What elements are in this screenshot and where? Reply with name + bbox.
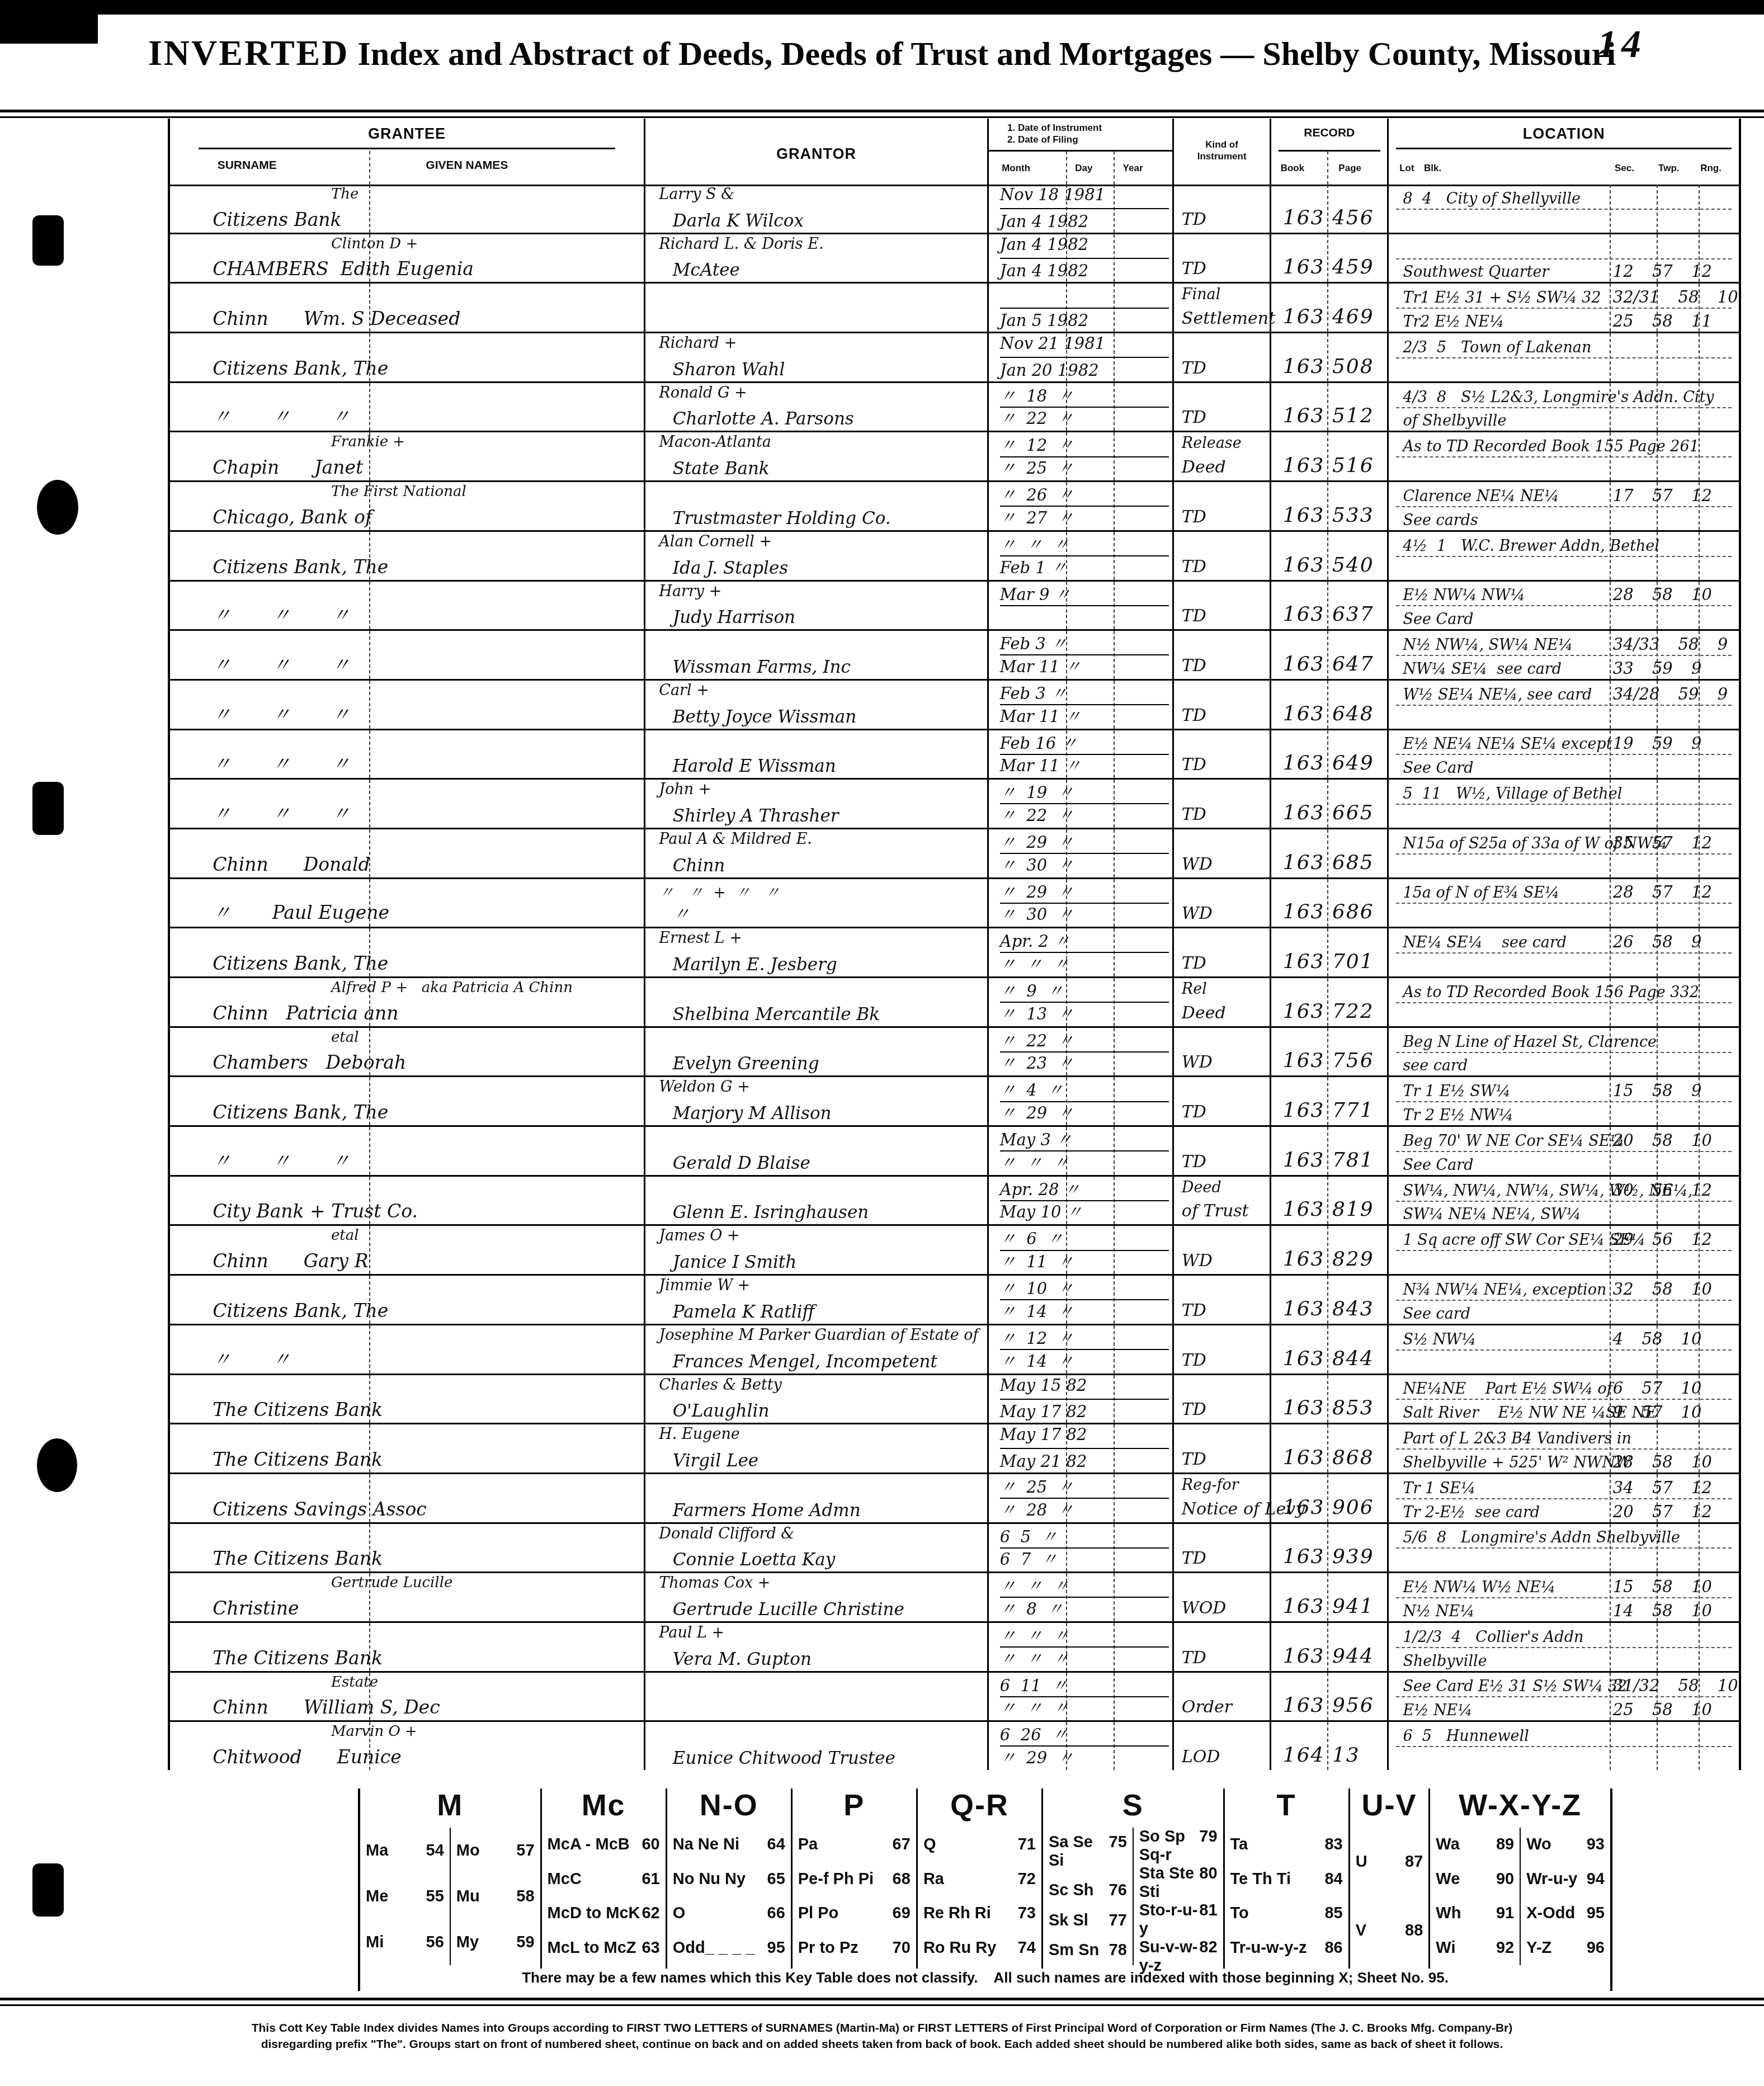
kind-cell: WOD — [1174, 1573, 1271, 1621]
dates-cell: 6 5 〃 6 7 〃 — [989, 1524, 1174, 1572]
grantee-name-text: 〃 〃 〃 — [213, 799, 350, 825]
key-entry-label: Pa — [798, 1835, 818, 1854]
key-group-column: Mo57Mu58My59 — [450, 1828, 540, 1965]
grantor-line2-text: Eunice Chitwood Trustee — [673, 1748, 895, 1768]
grantee-name-text: The Citizens Bank — [213, 1647, 383, 1669]
record-cell: 163 685 — [1271, 829, 1389, 877]
record-cell: 163 456 — [1271, 185, 1389, 233]
kind-cell: Final Settlement — [1174, 284, 1271, 332]
location-line1: Tr 1 E½ SW¼ 15 58 9 — [1389, 1077, 1739, 1101]
key-entry-label: No Nu Ny — [673, 1870, 746, 1889]
location-line2 — [1389, 903, 1739, 927]
kind-line2-text: TD — [1182, 1400, 1206, 1419]
record-cell: 163 665 — [1271, 780, 1389, 828]
grantor-line2-text: Gertrude Lucille Christine — [673, 1599, 904, 1620]
key-entry: No Nu Ny65 — [673, 1870, 785, 1889]
kind-cell: TD — [1174, 780, 1271, 828]
kind-line2-text: TD — [1182, 606, 1206, 626]
grantor-line2-text: Farmers Home Admn — [673, 1500, 861, 1521]
record-book-page-text: 163 685 — [1283, 851, 1374, 874]
grantor-line2-text: Janice I Smith — [673, 1252, 796, 1272]
location-line1: E½ NW¼ NW¼ 28 58 10 — [1389, 582, 1739, 606]
binder-hole-bar-1 — [32, 215, 64, 266]
key-entry-label: Mu — [456, 1887, 480, 1906]
key-entry-sheet-number: 88 — [1405, 1922, 1423, 1940]
table-row: Marvin O + Chitwood Eunice Eunice Chitwo… — [170, 1722, 1739, 1770]
key-entry-sheet-number: 93 — [1587, 1835, 1605, 1854]
grantor-line1-text: Paul A & Mildred E. — [659, 830, 812, 848]
grantor-cell: Evelyn Greening — [645, 1028, 989, 1076]
header-grantee-divider — [369, 151, 370, 185]
location-line1-text: 1/2/3 4 Collier's Addn — [1403, 1629, 1583, 1646]
record-cell: 163 843 — [1271, 1276, 1389, 1324]
grantor-line2-text: McAtee — [673, 260, 740, 280]
header-grantor-label: GRANTOR — [645, 145, 987, 163]
grantee-name-text: 〃 Paul Eugene — [213, 898, 389, 924]
location-cell: NE¼ SE¼ see card 26 58 9 — [1389, 928, 1739, 976]
kind-line2-text: TD — [1182, 408, 1206, 427]
header-lot-label: Lot — [1399, 162, 1414, 174]
location-line1-str: 26 58 9 — [1613, 932, 1702, 951]
table-row: 〃 〃 〃 Harold E Wissman Feb 16 〃 Mar 11 〃… — [170, 730, 1739, 780]
grantee-cell: Chinn Wm. S Deceased — [170, 284, 645, 332]
table-row: 〃 〃 〃 Carl + Betty Joyce Wissman Feb 3 〃… — [170, 681, 1739, 730]
location-line2: E½ NE¼ 25 58 10 — [1389, 1696, 1739, 1720]
table-row: The Citizens Bank Charles & Betty O'Laug… — [170, 1375, 1739, 1425]
location-cell: N15a of S25a of 33a of W of NW¼ 35 57 12 — [1389, 829, 1739, 877]
location-line1: E½ NW¼ W½ NE¼ 15 58 10 — [1389, 1573, 1739, 1597]
grantor-line1-text: John + — [659, 781, 711, 798]
key-entry-sheet-number: 76 — [1109, 1881, 1127, 1900]
header-kind-line1: Kind of — [1174, 139, 1270, 150]
location-line1: 8 4 City of Shellyville — [1389, 185, 1739, 209]
grantor-cell: Larry S & Darla K Wilcox — [645, 185, 989, 233]
grantor-cell: Paul A & Mildred E. Chinn — [645, 829, 989, 877]
date-of-filing-text: 〃 〃 〃 — [1000, 1696, 1069, 1719]
key-entry-label: McA - McB — [548, 1835, 630, 1854]
dates-cell: Feb 3 〃 Mar 11 〃 — [989, 631, 1174, 679]
record-cell: 163 469 — [1271, 284, 1389, 332]
grantor-cell: Eunice Chitwood Trustee — [645, 1722, 989, 1770]
key-entry: Q71 — [923, 1835, 1036, 1854]
key-group-columns: Wa89We90Wh91Wi92Wo93Wr-u-y94X-Odd95Y-Z96 — [1430, 1828, 1610, 1965]
location-line2-text: See Card — [1403, 611, 1473, 628]
table-row: etal Chinn Gary R James O + Janice I Smi… — [170, 1226, 1739, 1276]
date-of-filing-text: 〃 27 〃 — [1000, 506, 1074, 528]
location-line1-text: 5 11 W½, Village of Bethel — [1403, 785, 1622, 803]
key-entry: O66 — [673, 1904, 785, 1923]
record-cell: 163 637 — [1271, 582, 1389, 630]
grantee-secondary-text: Clinton D + — [331, 235, 418, 252]
key-entry-sheet-number: 84 — [1324, 1870, 1342, 1889]
date-of-filing-text: Jan 20 1982 — [1000, 361, 1099, 380]
bottom-rule-1 — [0, 1998, 1764, 2000]
kind-cell: WD — [1174, 879, 1271, 927]
grantor-line2-text: O'Laughlin — [673, 1401, 770, 1421]
location-cell: Beg 70' W NE Cor SE¼ SE¼ 20 58 10 See Ca… — [1389, 1127, 1739, 1175]
kind-cell: LOD — [1174, 1722, 1271, 1770]
key-entry-sheet-number: 57 — [516, 1842, 534, 1860]
key-entry-sheet-number: 59 — [516, 1933, 534, 1952]
record-book-page-text: 163 456 — [1283, 206, 1374, 229]
grantor-cell: Gerald D Blaise — [645, 1127, 989, 1175]
date-of-instrument-text: Nov 21 1981 — [1000, 334, 1169, 358]
grantor-cell: Paul L + Vera M. Gupton — [645, 1623, 989, 1671]
record-cell: 163 771 — [1271, 1077, 1389, 1125]
key-entry-label: To — [1230, 1904, 1249, 1923]
header-day-label: Day — [1075, 162, 1092, 174]
table-row: 〃 〃 〃 John + Shirley A Thrasher 〃 19 〃 〃… — [170, 780, 1739, 829]
key-entry: My59 — [456, 1933, 535, 1952]
key-entry: V88 — [1356, 1922, 1423, 1940]
kind-cell: TD — [1174, 1623, 1271, 1671]
key-entry: Pl Po69 — [798, 1904, 911, 1923]
dates-cell: 〃 26 〃 〃 27 〃 — [989, 482, 1174, 530]
grantor-line1-text: James O + — [659, 1227, 739, 1244]
record-cell: 163 868 — [1271, 1424, 1389, 1473]
location-line2 — [1389, 357, 1739, 381]
table-row: Chinn Donald Paul A & Mildred E. Chinn 〃… — [170, 829, 1739, 879]
key-entry-label: Sk Sl — [1049, 1912, 1088, 1930]
header-kind: Kind of Instrument — [1174, 119, 1271, 185]
location-line2 — [1389, 1349, 1739, 1374]
record-book-page-text: 163 637 — [1283, 603, 1374, 626]
key-entry-sheet-number: 96 — [1587, 1939, 1605, 1957]
location-line2 — [1389, 209, 1739, 233]
location-line1: 1/2/3 4 Collier's Addn — [1389, 1623, 1739, 1647]
dates-cell: Jan 4 1982 Jan 4 1982 — [989, 234, 1174, 282]
key-entry: McL to McZ63 — [548, 1939, 660, 1957]
grantee-cell: The Citizens Bank — [170, 185, 645, 233]
date-of-instrument-text: Apr. 2 〃 — [1000, 929, 1169, 953]
key-entry: Wi92 — [1436, 1939, 1514, 1957]
record-cell: 163 906 — [1271, 1474, 1389, 1522]
record-book-page-text: 163 756 — [1283, 1049, 1374, 1072]
date-of-instrument-text: Feb 16 〃 — [1000, 731, 1169, 755]
date-of-filing-text: May 10 〃 — [1000, 1200, 1083, 1223]
table-row: 〃 Paul Eugene 〃 〃 + 〃 〃 〃 〃 29 〃 〃 30 〃 … — [170, 879, 1739, 929]
grantee-name-text: Citizens Bank, The — [213, 1300, 388, 1322]
key-entry: Re Rh Ri73 — [923, 1904, 1036, 1923]
record-book-page-text: 163 647 — [1283, 653, 1374, 676]
table-row: The Citizens Bank Larry S & Darla K Wilc… — [170, 185, 1739, 234]
header-month-label: Month — [1002, 162, 1030, 174]
dates-cell: 〃 10 〃 〃 14 〃 — [989, 1276, 1174, 1324]
kind-cell: Deed of Trust — [1174, 1177, 1271, 1225]
location-line1-text: 2/3 5 Town of Lakenan — [1403, 339, 1591, 356]
key-entry-label: Sc Sh — [1049, 1881, 1094, 1900]
table-row: 〃 〃 〃 Wissman Farms, Inc Feb 3 〃 Mar 11 … — [170, 631, 1739, 681]
key-entry-sheet-number: 71 — [1018, 1835, 1036, 1854]
grantor-cell: Weldon G + Marjory M Allison — [645, 1077, 989, 1125]
kind-cell: TD — [1174, 383, 1271, 431]
key-entry-sheet-number: 87 — [1405, 1853, 1423, 1871]
key-entry-sheet-number: 54 — [426, 1842, 444, 1860]
header-location-rule — [1396, 148, 1732, 149]
grantee-name-text: Chapin Janet — [213, 456, 363, 478]
kind-cell: TD — [1174, 631, 1271, 679]
key-entry-sheet-number: 60 — [642, 1835, 659, 1854]
key-entry: Sto-r-u-y81 — [1139, 1901, 1218, 1938]
kind-line1-text: Reg-for — [1182, 1476, 1239, 1494]
grantor-line2-text: Shelbina Mercantile Bk — [673, 1004, 880, 1025]
record-cell: 163 649 — [1271, 730, 1389, 778]
key-entry: Wa89 — [1436, 1835, 1514, 1854]
location-line2-text: See cards — [1403, 512, 1478, 529]
key-group-columns: Pa67Pe-f Ph Pi68Pl Po69Pr to Pz70 — [793, 1828, 916, 1965]
location-line1 — [1389, 234, 1739, 258]
key-entry: Me55 — [366, 1887, 444, 1906]
grantee-cell: Frankie + Chapin Janet — [170, 432, 645, 480]
header-dates-rule — [989, 150, 1172, 152]
location-line2-text: NW¼ SE¼ see card — [1403, 660, 1561, 678]
date-of-filing-text: Jan 4 1982 — [1000, 212, 1088, 231]
record-book-page-text: 163 512 — [1283, 404, 1374, 427]
key-entry-label: Sta Ste Sti — [1139, 1865, 1200, 1901]
cott-key-table: MMa54Me55Mi56Mo57Mu58My59McMcA - McB60Mc… — [358, 1788, 1612, 1991]
key-group-w-x-y-z: W-X-Y-ZWa89We90Wh91Wi92Wo93Wr-u-y94X-Odd… — [1430, 1788, 1610, 1969]
record-book-page-text: 163 844 — [1283, 1347, 1374, 1370]
key-group-letter: Q-R — [918, 1788, 1041, 1824]
key-entry-label: Wa — [1436, 1835, 1459, 1854]
date-of-filing-text: Feb 1 〃 — [1000, 555, 1067, 578]
location-line2-text: Shelbyville — [1403, 1653, 1487, 1670]
key-table-note: There may be a few names which this Key … — [360, 1969, 1610, 1986]
grantor-line1-text: Thomas Cox + — [659, 1574, 770, 1592]
binder-hole-bar-3 — [32, 1863, 64, 1917]
kind-line2-text: TD — [1182, 557, 1206, 577]
grantee-cell: Chinn Donald — [170, 829, 645, 877]
date-of-filing-text: 〃 〃 〃 — [1000, 1646, 1069, 1669]
date-of-filing-text: 〃 8 〃 — [1000, 1597, 1063, 1620]
kind-line2-text: TD — [1182, 1549, 1206, 1568]
dates-cell: 〃 6 〃 〃 11 〃 — [989, 1226, 1174, 1274]
key-entry-sheet-number: 58 — [516, 1887, 534, 1906]
record-book-page-text: 163 508 — [1283, 355, 1374, 378]
key-group-mc: McMcA - McB60McC61McD to McK62McL to McZ… — [542, 1788, 667, 1969]
record-cell: 163 459 — [1271, 234, 1389, 282]
key-entry-label: Ro Ru Ry — [923, 1939, 997, 1957]
kind-line2-text: Settlement — [1182, 309, 1275, 328]
date-of-filing-text: 〃 〃 〃 — [1000, 952, 1069, 975]
dates-cell: Nov 21 1981 Jan 20 1982 — [989, 333, 1174, 381]
key-entry-label: Y-Z — [1526, 1939, 1551, 1957]
header-grantee-rule — [199, 148, 615, 149]
grantee-cell: 〃 〃 — [170, 1325, 645, 1374]
location-line1-str: 29 56 12 — [1613, 1230, 1712, 1249]
date-of-instrument-text: 〃 12 〃 — [1000, 1326, 1169, 1350]
record-cell: 163 944 — [1271, 1623, 1389, 1671]
location-line2 — [1389, 1250, 1739, 1274]
kind-line2-text: LOD — [1182, 1747, 1220, 1767]
grantee-name-text: 〃 〃 〃 — [213, 402, 350, 428]
table-row: The Citizens Bank Donald Clifford & Conn… — [170, 1524, 1739, 1574]
location-line2-text: See card — [1403, 1305, 1470, 1323]
key-entry-label: V — [1356, 1922, 1366, 1940]
location-line2 — [1389, 556, 1739, 580]
kind-line2-text: Deed — [1182, 457, 1226, 477]
location-line2-str: 12 57 12 — [1613, 262, 1712, 281]
header-blk-label: Blk. — [1424, 162, 1441, 174]
grantor-line2-text: Pamela K Ratliff — [673, 1302, 815, 1322]
record-book-page-text: 163 829 — [1283, 1248, 1374, 1271]
key-entry-label: Sm Sn — [1049, 1941, 1099, 1960]
grantee-cell: Citizens Bank, The — [170, 1077, 645, 1125]
date-of-filing-text: May 17 82 — [1000, 1402, 1087, 1421]
key-entry: To85 — [1230, 1904, 1343, 1923]
date-of-filing-text: 〃 28 〃 — [1000, 1498, 1074, 1521]
grantee-cell: Alfred P + aka Patricia A Chinn Chinn Pa… — [170, 978, 645, 1026]
grantee-column-rule — [369, 1325, 370, 1374]
grantee-column-rule — [369, 631, 370, 679]
location-line1-text: 5/6 8 Longmire's Addn Shelbyville — [1403, 1529, 1680, 1546]
key-entry-label: Na Ne Ni — [673, 1835, 739, 1854]
kind-cell: TD — [1174, 1127, 1271, 1175]
location-line2 — [1389, 705, 1739, 729]
key-group-column: Ta83Te Th Ti84To85Tr-u-w-y-z86 — [1225, 1828, 1348, 1965]
key-group-m: MMa54Me55Mi56Mo57Mu58My59 — [360, 1788, 542, 1969]
grantor-line2-text: 〃 — [673, 900, 690, 925]
record-cell: 163 516 — [1271, 432, 1389, 480]
location-cell: As to TD Recorded Book 156 Page 332 — [1389, 978, 1739, 1026]
key-entry-sheet-number: 75 — [1109, 1833, 1127, 1870]
table-header: GRANTEE SURNAME GIVEN NAMES GRANTOR 1. D… — [170, 119, 1739, 186]
key-entry-sheet-number: 66 — [767, 1904, 785, 1923]
grantor-line2-text: Darla K Wilcox — [673, 211, 804, 231]
key-group-p: PPa67Pe-f Ph Pi68Pl Po69Pr to Pz70 — [793, 1788, 918, 1969]
grantee-cell: Citizens Bank, The — [170, 532, 645, 580]
record-cell: 163 648 — [1271, 681, 1389, 729]
location-line1: 2/3 5 Town of Lakenan — [1389, 333, 1739, 357]
key-group-columns: U87V88 — [1350, 1828, 1429, 1965]
key-entry-sheet-number: 73 — [1018, 1904, 1036, 1923]
grantee-name-text: The Citizens Bank — [213, 1547, 383, 1569]
kind-line2-text: TD — [1182, 1152, 1206, 1172]
location-line2 — [1389, 456, 1739, 480]
dates-cell: 6 26 〃 〃 29 〃 — [989, 1722, 1174, 1770]
key-entry-sheet-number: 83 — [1324, 1835, 1342, 1854]
dates-cell: 〃 〃 〃 〃 〃 〃 — [989, 1623, 1174, 1671]
location-line2-text: Shelbyville + 525' W² NWNW — [1403, 1454, 1630, 1471]
table-row: The Citizens Bank H. Eugene Virgil Lee M… — [170, 1424, 1739, 1474]
dates-cell: May 17 82 May 21 82 — [989, 1424, 1174, 1473]
date-of-filing-text: 〃 23 〃 — [1000, 1051, 1074, 1074]
grantor-line2-text: Marjory M Allison — [673, 1103, 832, 1124]
key-entry: Sta Ste Sti80 — [1139, 1865, 1218, 1901]
location-line1-text: 1 Sq acre off SW Cor SE¼ SE¼ — [1403, 1231, 1645, 1249]
location-line1-text: E½ NW¼ W½ NE¼ — [1403, 1579, 1555, 1596]
location-line2-str: 9 57 10 — [1613, 1403, 1702, 1422]
deed-index-table: GRANTEE SURNAME GIVEN NAMES GRANTOR 1. D… — [168, 119, 1741, 1770]
dates-cell: May 3 〃 〃 〃 〃 — [989, 1127, 1174, 1175]
key-entry: McC61 — [548, 1870, 660, 1889]
key-entry-label: Ta — [1230, 1835, 1248, 1854]
location-line2: NW¼ SE¼ see card 33 59 9 — [1389, 655, 1739, 679]
header-surname-label: SURNAME — [218, 159, 277, 172]
kind-line2-text: TD — [1182, 1450, 1206, 1469]
kind-line2-text: of Trust — [1182, 1201, 1249, 1221]
location-line2-text: see card — [1403, 1057, 1468, 1074]
grantor-line2-text: Betty Joyce Wissman — [673, 707, 856, 727]
key-entry-label: Sa Se Si — [1049, 1833, 1109, 1870]
record-cell: 163 844 — [1271, 1325, 1389, 1374]
record-cell: 164 13 — [1271, 1722, 1389, 1770]
key-group-columns: Na Ne Ni64No Nu Ny65O66Odd_ _ _ _95 — [667, 1828, 791, 1965]
top-rule-2 — [0, 116, 1764, 118]
record-book-page-text: 163 939 — [1283, 1545, 1374, 1568]
header-grantee: GRANTEE SURNAME GIVEN NAMES — [170, 119, 645, 185]
key-entry-sheet-number: 56 — [426, 1933, 444, 1952]
location-line1-text: See Card E½ 31 S½ SW¼ 32 — [1403, 1678, 1627, 1695]
location-cell: 4½ 1 W.C. Brewer Addn, Bethel — [1389, 532, 1739, 580]
grantor-line1-text: Ernest L + — [659, 929, 742, 947]
key-entry-label: Q — [923, 1835, 936, 1854]
grantor-line1-text: Josephine M Parker Guardian of Estate of — [659, 1327, 978, 1344]
key-entry-sheet-number: 92 — [1496, 1939, 1514, 1957]
kind-line2-text: TD — [1182, 1301, 1206, 1320]
location-line1: SW¼, NW¼, NW¼, SW¼, W½, NE¼, 30 56 12 — [1389, 1177, 1739, 1201]
key-entry-sheet-number: 90 — [1496, 1870, 1514, 1889]
header-book-label: Book — [1281, 162, 1305, 174]
record-cell: 163 956 — [1271, 1673, 1389, 1721]
record-cell: 163 939 — [1271, 1524, 1389, 1572]
grantor-cell: Carl + Betty Joyce Wissman — [645, 681, 989, 729]
location-line2: See Card — [1389, 754, 1739, 778]
grantor-line2-text: Ida J. Staples — [673, 558, 788, 578]
key-entry-label: Odd_ _ _ _ — [673, 1939, 755, 1957]
key-entry: So Sp Sq-r79 — [1139, 1828, 1218, 1865]
location-cell: Clarence NE¼ NE¼ 17 57 12 See cards — [1389, 482, 1739, 530]
key-table-groups: MMa54Me55Mi56Mo57Mu58My59McMcA - McB60Mc… — [360, 1788, 1610, 1969]
location-cell: Tr1 E½ 31 + S½ SW¼ 32 32/31 58 10 Tr2 E½… — [1389, 284, 1739, 332]
location-line1: 4/3 8 S½ L2&3, Longmire's Addn. City — [1389, 383, 1739, 407]
key-entry-label: Mo — [456, 1842, 480, 1860]
location-line2 — [1389, 804, 1739, 828]
location-line1: W½ SE¼ NE¼, see card 34/28 59 9 — [1389, 681, 1739, 705]
location-line2-str: 25 58 11 — [1613, 312, 1712, 331]
table-row: Citizens Bank, The Weldon G + Marjory M … — [170, 1077, 1739, 1127]
top-rule-1 — [0, 110, 1764, 112]
key-entry-sheet-number: 74 — [1018, 1939, 1036, 1957]
location-line1: 5/6 8 Longmire's Addn Shelbyville — [1389, 1524, 1739, 1548]
location-line2: Southwest Quarter 12 57 12 — [1389, 258, 1739, 282]
grantor-line2-text: Vera M. Gupton — [673, 1649, 812, 1669]
kind-line1-text: Release — [1182, 435, 1242, 452]
kind-cell: TD — [1174, 1424, 1271, 1473]
dates-cell: 6 11 〃 〃 〃 〃 — [989, 1673, 1174, 1721]
date-of-filing-text: 〃 25 〃 — [1000, 456, 1074, 479]
kind-cell: Order — [1174, 1673, 1271, 1721]
key-entry: Te Th Ti84 — [1230, 1870, 1343, 1889]
key-group-letter: M — [360, 1788, 540, 1824]
grantor-cell: Richard + Sharon Wahl — [645, 333, 989, 381]
location-line1: As to TD Recorded Book 155 Page 261 — [1389, 432, 1739, 456]
location-cell: See Card E½ 31 S½ SW¼ 32 31/32 58 10 E½ … — [1389, 1673, 1739, 1721]
dates-cell: 〃 29 〃 〃 30 〃 — [989, 829, 1174, 877]
grantee-column-rule — [369, 681, 370, 729]
key-group-column: McA - McB60McC61McD to McK62McL to McZ63 — [542, 1828, 666, 1965]
kind-line1-text: Rel — [1182, 980, 1207, 998]
kind-line2-text: WD — [1182, 904, 1213, 923]
record-cell: 163 647 — [1271, 631, 1389, 679]
location-line1-str: 17 57 12 — [1613, 486, 1712, 505]
location-line1-str: 35 57 12 — [1613, 833, 1712, 852]
location-cell: 5/6 8 Longmire's Addn Shelbyville — [1389, 1524, 1739, 1572]
date-of-instrument-text: Nov 18 1981 — [1000, 185, 1169, 209]
grantor-cell: Shelbina Mercantile Bk — [645, 978, 989, 1026]
key-entry: U87 — [1356, 1853, 1423, 1871]
location-line2-text: E½ NE¼ — [1403, 1702, 1472, 1719]
